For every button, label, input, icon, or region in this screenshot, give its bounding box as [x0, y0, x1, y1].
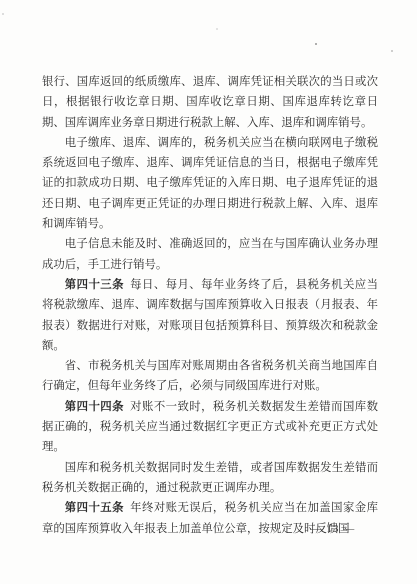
page-number: — 13 —	[303, 523, 363, 535]
article-number: 第四十四条	[65, 401, 124, 413]
paragraph-text: 省、市税务机关与国库对账周期由各省税务机关商当地国库自行确定，但每年业务终了后，…	[42, 360, 378, 392]
paragraph-text: 电子缴库、退库、调库的，税务机关应当在横向联网电子缴税系统返回电子缴库、退库、调…	[42, 137, 378, 230]
document-page: 银行、国库返回的纸质缴库、退库、调库凭证相关联次的当日或次日，根据银行收讫章日期…	[0, 0, 417, 584]
paragraph: 省、市税务机关与国库对账周期由各省税务机关商当地国库自行确定，但每年业务终了后，…	[42, 356, 378, 397]
paragraph-text: 银行、国库返回的纸质缴库、退库、调库凭证相关联次的当日或次日，根据银行收讫章日期…	[42, 76, 378, 129]
scan-speckles	[0, 0, 2, 2]
paragraph-text: 电子信息未能及时、准确返回的，应当在与国库确认业务办理成功后，手工进行销号。	[42, 238, 378, 270]
paragraph: 第四十四条对账不一致时，税务机关数据发生差错而国库数据正确的，税务机关应当通过数…	[42, 397, 378, 458]
article-number: 第四十三条	[65, 279, 124, 291]
paragraph: 电子缴库、退库、调库的，税务机关应当在横向联网电子缴税系统返回电子缴库、退库、调…	[42, 133, 378, 234]
paragraph-text: 国库和税务机关数据同时发生差错，或者国库数据发生差错而税务机关数据正确的，通过税…	[42, 462, 378, 494]
paragraph: 国库和税务机关数据同时发生差错，或者国库数据发生差错而税务机关数据正确的，通过税…	[42, 458, 378, 499]
paragraph: 银行、国库返回的纸质缴库、退库、调库凭证相关联次的当日或次日，根据银行收讫章日期…	[42, 72, 378, 133]
article-number: 第四十五条	[65, 502, 124, 514]
body-text: 银行、国库返回的纸质缴库、退库、调库凭证相关联次的当日或次日，根据银行收讫章日期…	[42, 72, 378, 539]
paragraph: 电子信息未能及时、准确返回的，应当在与国库确认业务办理成功后，手工进行销号。	[42, 234, 378, 275]
paragraph: 第四十三条每日、每月、每年业务终了后，县税务机关应当将税款缴库、退库、调库数据与…	[42, 275, 378, 356]
